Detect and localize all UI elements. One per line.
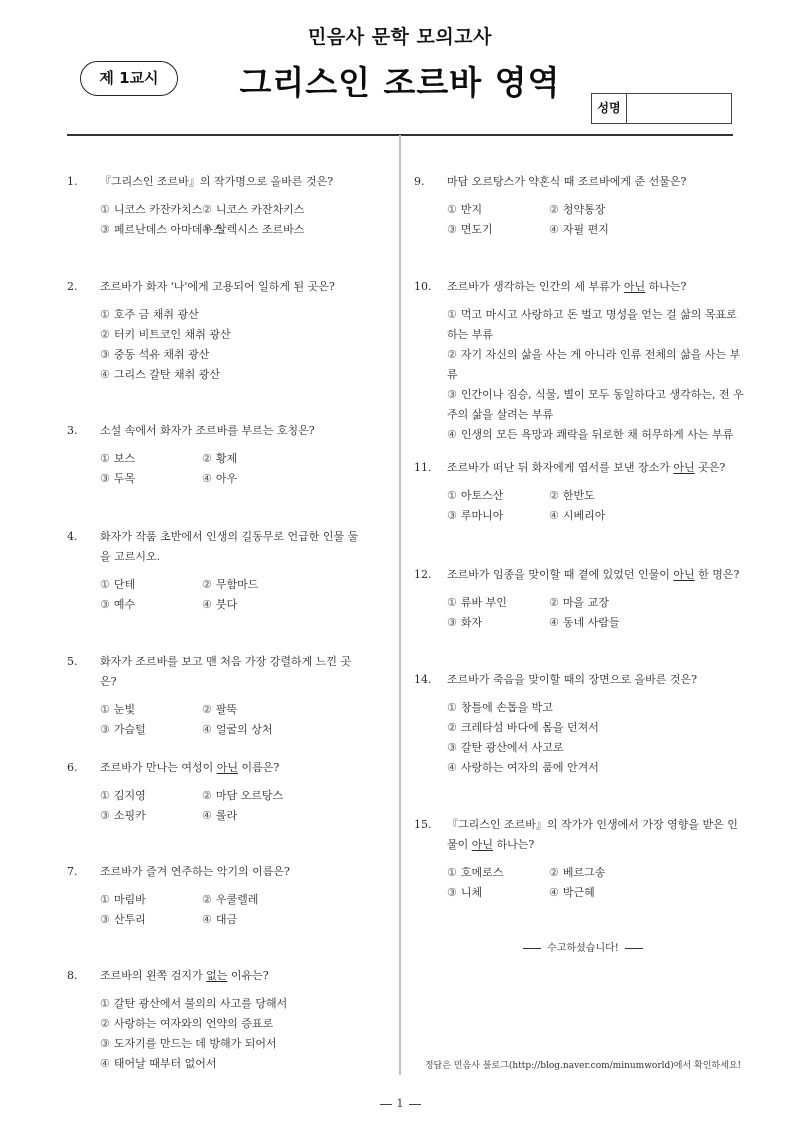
answer-option-4[interactable]: ④붓다 — [202, 595, 367, 615]
stem-text: 조르바가 임종을 맞이할 때 곁에 있었던 인물이 — [447, 568, 673, 581]
option-number-icon: ④ — [549, 886, 559, 899]
answer-option-4[interactable]: ④그리스 갈탄 채취 광산 — [100, 365, 367, 385]
answer-option-3[interactable]: ③니체 — [447, 883, 549, 903]
option-text: 면도기 — [461, 223, 493, 236]
option-text: 베르그송 — [563, 866, 606, 879]
option-text: 알렉시스 조르바스 — [216, 223, 305, 236]
closing-text: 수고하셨습니다! — [547, 943, 619, 954]
dash-right — [625, 948, 643, 949]
option-number-icon: ④ — [202, 472, 212, 485]
option-number-icon: ③ — [100, 348, 110, 361]
answer-options: ①마림바②우쿨렐레③산투리④대금 — [100, 890, 367, 930]
stem-text: 한 명은? — [695, 568, 740, 581]
stem-text: 조르바가 만나는 여성이 — [100, 761, 217, 774]
question-11: 11.조르바가 떠난 뒤 화자에게 엽서를 보낸 장소가 아닌 곳은?①아토스산… — [414, 458, 744, 526]
name-field[interactable] — [627, 94, 731, 123]
option-text: 사랑하는 여자의 품에 안겨서 — [461, 761, 599, 774]
answer-options: ①아토스산②한반도③루마니아④시베리아 — [447, 486, 744, 526]
option-text: 한반도 — [563, 489, 595, 502]
answer-options: ①호메로스②베르그송③니체④박근혜 — [447, 863, 744, 903]
question-stem: 화자가 작품 초반에서 인생의 길동무로 언급한 인물 둘을 고르시오. — [100, 527, 367, 567]
option-number-icon: ③ — [100, 223, 110, 236]
option-number-icon: ③ — [447, 509, 457, 522]
answer-option-4[interactable]: ④롤라 — [202, 806, 367, 826]
option-text: 니코스 카잔차키스 — [216, 203, 305, 216]
stem-text: 조르바가 화자 '나'에게 고용되어 일하게 된 곳은? — [100, 280, 335, 293]
option-number-icon: ② — [447, 721, 457, 734]
option-text: 가슴털 — [114, 723, 146, 736]
question-number: 6. — [67, 758, 95, 778]
question-number: 4. — [67, 527, 95, 547]
answer-option-3[interactable]: ③소핑카 — [100, 806, 202, 826]
question-number: 8. — [67, 966, 95, 986]
answer-options: ①단테②무함마드③예수④붓다 — [100, 575, 367, 615]
option-text: 보스 — [114, 452, 135, 465]
stem-text: 화자가 조르바를 보고 맨 처음 가장 강렬하게 느낀 곳은? — [100, 655, 351, 688]
emphasis-underline: 아닌 — [673, 568, 694, 581]
answer-options: ①보스②황제③두목④아우 — [100, 449, 367, 489]
answer-option-2[interactable]: ②크레타섬 바다에 몸을 던져서 — [447, 718, 744, 738]
option-number-icon: ① — [447, 489, 457, 502]
question-number: 11. — [414, 458, 442, 478]
answer-options: ①눈빛②팔뚝③가슴털④얼굴의 상처 — [100, 700, 367, 740]
answer-option-1[interactable]: ①아토스산 — [447, 486, 549, 506]
question-number: 2. — [67, 277, 95, 297]
question-stem: 조르바가 화자 '나'에게 고용되어 일하게 된 곳은? — [100, 277, 367, 297]
option-number-icon: ④ — [447, 761, 457, 774]
answer-option-1[interactable]: ①눈빛 — [100, 700, 202, 720]
option-number-icon: ① — [100, 578, 110, 591]
option-number-icon: ③ — [447, 741, 457, 754]
question-1: 1.『그리스인 조르바』의 작가명으로 올바른 것은?①니코스 카잔카치스②니코… — [67, 172, 367, 240]
dash-left — [523, 948, 541, 949]
answer-option-4[interactable]: ④태어날 때부터 없어서 — [100, 1054, 367, 1074]
option-text: 김지영 — [114, 789, 146, 802]
answer-option-1[interactable]: ①창틀에 손톱을 박고 — [447, 698, 744, 718]
option-number-icon: ② — [549, 203, 559, 216]
option-text: 인생의 모든 욕망과 쾌락을 뒤로한 채 허무하게 사는 부류 — [461, 428, 733, 441]
answer-option-2[interactable]: ②사랑하는 여자와의 언약의 증표로 — [100, 1014, 367, 1034]
option-text: 두목 — [114, 472, 135, 485]
option-text: 산투리 — [114, 913, 146, 926]
question-stem: 조르바가 떠난 뒤 화자에게 엽서를 보낸 장소가 아닌 곳은? — [447, 458, 744, 478]
answer-options: ①반지②청약통장③면도기④자필 편지 — [447, 200, 744, 240]
question-stem: 조르바가 만나는 여성이 아닌 이름은? — [100, 758, 367, 778]
answer-option-1[interactable]: ①단테 — [100, 575, 202, 595]
option-text: 태어날 때부터 없어서 — [114, 1057, 217, 1070]
answer-options: ①류바 부인②마을 교장③화자④동네 사람들 — [447, 593, 744, 633]
question-13: 14.조르바가 죽음을 맞이할 때의 장면으로 올바른 것은?①창틀에 손톱을 … — [414, 670, 744, 778]
stem-text: 조르바가 죽음을 맞이할 때의 장면으로 올바른 것은? — [447, 673, 697, 686]
option-text: 대금 — [216, 913, 237, 926]
question-stem: 조르바의 왼쪽 검지가 없는 이유는? — [100, 966, 367, 986]
option-number-icon: ④ — [549, 509, 559, 522]
question-number: 5. — [67, 652, 95, 672]
option-number-icon: ④ — [447, 428, 457, 441]
option-number-icon: ② — [202, 789, 212, 802]
option-number-icon: ② — [549, 596, 559, 609]
option-text: 창틀에 손톱을 박고 — [461, 701, 553, 714]
option-number-icon: ④ — [202, 913, 212, 926]
stem-text: 소설 속에서 화자가 조르바를 부르는 호칭은? — [100, 424, 315, 437]
option-text: 무함마드 — [216, 578, 259, 591]
option-number-icon: ④ — [549, 616, 559, 629]
option-number-icon: ③ — [100, 598, 110, 611]
option-number-icon: ③ — [100, 809, 110, 822]
question-12: 12.조르바가 임종을 맞이할 때 곁에 있었던 인물이 아닌 한 명은?①류바… — [414, 565, 744, 633]
option-number-icon: ② — [549, 866, 559, 879]
option-text: 마을 교장 — [563, 596, 609, 609]
answer-option-3[interactable]: ③면도기 — [447, 220, 549, 240]
option-number-icon: ③ — [447, 223, 457, 236]
question-stem: 조르바가 즐겨 연주하는 악기의 이름은? — [100, 862, 367, 882]
dash-left — [380, 1104, 392, 1105]
question-number: 7. — [67, 862, 95, 882]
answer-options: ①갈탄 광산에서 불의의 사고를 당해서②사랑하는 여자와의 언약의 증표로③도… — [100, 994, 367, 1074]
answer-option-4[interactable]: ④박근혜 — [549, 883, 744, 903]
option-text: 팔뚝 — [216, 703, 237, 716]
answer-option-2[interactable]: ②마담 오르탕스 — [202, 786, 367, 806]
option-text: 호메로스 — [461, 866, 504, 879]
option-number-icon: ① — [100, 997, 110, 1010]
option-text: 황제 — [216, 452, 237, 465]
answer-option-3[interactable]: ③화자 — [447, 613, 549, 633]
answer-options: ①호주 금 채취 광산②터키 비트코인 채취 광산③중동 석유 채취 광산④그리… — [100, 305, 367, 385]
answer-option-2[interactable]: ②우쿨렐레 — [202, 890, 367, 910]
column-divider — [399, 135, 401, 1075]
answer-option-4[interactable]: ④시베리아 — [549, 506, 744, 526]
emphasis-underline: 없는 — [206, 969, 227, 982]
option-text: 붓다 — [216, 598, 237, 611]
answer-options: ①김지영②마담 오르탕스③소핑카④롤라 — [100, 786, 367, 826]
option-text: 롤라 — [216, 809, 237, 822]
question-4: 4.화자가 작품 초반에서 인생의 길동무로 언급한 인물 둘을 고르시오.①단… — [67, 527, 367, 615]
question-number: 10. — [414, 277, 442, 297]
answer-option-1[interactable]: ①니코스 카잔카치스 — [100, 200, 202, 220]
option-text: 시베리아 — [563, 509, 606, 522]
option-text: 청약통장 — [563, 203, 606, 216]
option-number-icon: ④ — [202, 598, 212, 611]
option-number-icon: ① — [100, 789, 110, 802]
answer-option-1[interactable]: ①반지 — [447, 200, 549, 220]
option-text: 동네 사람들 — [563, 616, 620, 629]
option-text: 마림바 — [114, 893, 146, 906]
answer-option-2[interactable]: ②무함마드 — [202, 575, 367, 595]
answer-option-3[interactable]: ③가슴털 — [100, 720, 202, 740]
option-text: 호주 금 채취 광산 — [114, 308, 199, 321]
answer-option-1[interactable]: ①먹고 마시고 사랑하고 돈 벌고 명성을 얻는 걸 삶의 목표로 하는 부류 — [447, 305, 744, 345]
option-number-icon: ① — [447, 701, 457, 714]
answer-options: ①니코스 카잔카치스②니코스 카잔차키스③페르난데스 아마데우스④알렉시스 조르… — [100, 200, 367, 240]
answer-option-1[interactable]: ①류바 부인 — [447, 593, 549, 613]
option-number-icon: ① — [100, 452, 110, 465]
option-text: 우쿨렐레 — [216, 893, 259, 906]
option-text: 단테 — [114, 578, 135, 591]
option-number-icon: ② — [447, 348, 457, 361]
option-number-icon: ④ — [100, 368, 110, 381]
stem-text: 곳은? — [695, 461, 726, 474]
answer-option-3[interactable]: ③중동 석유 채취 광산 — [100, 345, 367, 365]
option-text: 루마니아 — [461, 509, 504, 522]
emphasis-underline: 아닌 — [472, 838, 493, 851]
question-5: 5.화자가 조르바를 보고 맨 처음 가장 강렬하게 느낀 곳은?①눈빛②팔뚝③… — [67, 652, 367, 740]
option-text: 자기 자신의 삶을 사는 게 아니라 인류 전체의 삶을 사는 부류 — [447, 348, 740, 381]
answer-option-1[interactable]: ①마림바 — [100, 890, 202, 910]
option-number-icon: ② — [202, 203, 212, 216]
dash-right — [409, 1104, 421, 1105]
answer-option-2[interactable]: ②황제 — [202, 449, 367, 469]
stem-text: 하나는? — [493, 838, 534, 851]
question-stem: 『그리스인 조르바』의 작가가 인생에서 가장 영향을 받은 인물이 아닌 하나… — [447, 815, 744, 855]
option-text: 터키 비트코인 채취 광산 — [114, 328, 231, 341]
option-number-icon: ④ — [202, 809, 212, 822]
answer-option-4[interactable]: ④대금 — [202, 910, 367, 930]
option-number-icon: ③ — [100, 913, 110, 926]
stem-text: 조르바가 떠난 뒤 화자에게 엽서를 보낸 장소가 — [447, 461, 673, 474]
question-3: 3.소설 속에서 화자가 조르바를 부르는 호칭은?①보스②황제③두목④아우 — [67, 421, 367, 489]
question-7: 7.조르바가 즐겨 연주하는 악기의 이름은?①마림바②우쿨렐레③산투리④대금 — [67, 862, 367, 930]
option-number-icon: ② — [202, 578, 212, 591]
option-number-icon: ① — [447, 308, 457, 321]
answer-option-2[interactable]: ②터키 비트코인 채취 광산 — [100, 325, 367, 345]
answer-option-4[interactable]: ④인생의 모든 욕망과 쾌락을 뒤로한 채 허무하게 사는 부류 — [447, 425, 744, 445]
option-number-icon: ④ — [202, 723, 212, 736]
option-text: 도자기를 만드는 데 방해가 되어서 — [114, 1037, 277, 1050]
answer-option-3[interactable]: ③인간이나 짐승, 식물, 별이 모두 동일하다고 생각하는, 전 우주의 삶을… — [447, 385, 744, 425]
answer-note: 정답은 민음사 블로그(http://blog.naver.com/minumw… — [400, 1058, 766, 1071]
name-label: 성명 — [592, 94, 627, 123]
option-text: 중동 석유 채취 광산 — [114, 348, 210, 361]
option-text: 눈빛 — [114, 703, 135, 716]
answer-option-2[interactable]: ②베르그송 — [549, 863, 744, 883]
option-text: 박근혜 — [563, 886, 595, 899]
option-number-icon: ① — [447, 866, 457, 879]
option-text: 갈탄 광산에서 사고로 — [461, 741, 564, 754]
answer-option-3[interactable]: ③도자기를 만드는 데 방해가 되어서 — [100, 1034, 367, 1054]
answer-option-1[interactable]: ①호메로스 — [447, 863, 549, 883]
option-text: 그리스 갈탄 채취 광산 — [114, 368, 220, 381]
option-text: 소핑카 — [114, 809, 146, 822]
question-stem: 조르바가 죽음을 맞이할 때의 장면으로 올바른 것은? — [447, 670, 744, 690]
option-text: 니코스 카잔카치스 — [114, 203, 203, 216]
option-text: 크레타섬 바다에 몸을 던져서 — [461, 721, 599, 734]
question-number: 3. — [67, 421, 95, 441]
stem-text: 『그리스인 조르바』의 작가명으로 올바른 것은? — [100, 175, 333, 188]
stem-text: 이름은? — [238, 761, 279, 774]
question-10: 10.조르바가 생각하는 인간의 세 부류가 아닌 하나는?①먹고 마시고 사랑… — [414, 277, 744, 445]
question-8: 8.조르바의 왼쪽 검지가 없는 이유는?①갈탄 광산에서 불의의 사고를 당해… — [67, 966, 367, 1074]
question-stem: 마담 오르탕스가 약혼식 때 조르바에게 준 선물은? — [447, 172, 744, 192]
emphasis-underline: 아닌 — [673, 461, 694, 474]
exam-subtitle: 민음사 문학 모의고사 — [0, 22, 800, 49]
answer-option-4[interactable]: ④자필 편지 — [549, 220, 744, 240]
answer-option-1[interactable]: ①김지영 — [100, 786, 202, 806]
question-number: 14. — [414, 670, 442, 690]
answer-option-3[interactable]: ③두목 — [100, 469, 202, 489]
answer-option-1[interactable]: ①보스 — [100, 449, 202, 469]
option-text: 인간이나 짐승, 식물, 별이 모두 동일하다고 생각하는, 전 우주의 삶을 … — [447, 388, 744, 421]
question-9: 9.마담 오르탕스가 약혼식 때 조르바에게 준 선물은?①반지②청약통장③면도… — [414, 172, 744, 240]
answer-option-3[interactable]: ③루마니아 — [447, 506, 549, 526]
option-number-icon: ④ — [202, 223, 212, 236]
option-text: 먹고 마시고 사랑하고 돈 벌고 명성을 얻는 걸 삶의 목표로 하는 부류 — [447, 308, 737, 341]
question-stem: 조르바가 임종을 맞이할 때 곁에 있었던 인물이 아닌 한 명은? — [447, 565, 744, 585]
stem-text: 조르바가 생각하는 인간의 세 부류가 — [447, 280, 624, 293]
option-number-icon: ③ — [447, 886, 457, 899]
stem-text: 조르바가 즐겨 연주하는 악기의 이름은? — [100, 865, 290, 878]
name-box: 성명 — [591, 93, 732, 124]
option-number-icon: ① — [100, 203, 110, 216]
answer-option-2[interactable]: ②청약통장 — [549, 200, 744, 220]
page-number-text: 1 — [397, 1097, 404, 1110]
question-number: 1. — [67, 172, 95, 192]
stem-text: 화자가 작품 초반에서 인생의 길동무로 언급한 인물 둘을 고르시오. — [100, 530, 358, 563]
question-stem: 조르바가 생각하는 인간의 세 부류가 아닌 하나는? — [447, 277, 744, 297]
option-text: 아토스산 — [461, 489, 504, 502]
option-number-icon: ② — [100, 1017, 110, 1030]
option-number-icon: ① — [100, 308, 110, 321]
option-number-icon: ③ — [447, 388, 457, 401]
option-number-icon: ② — [100, 328, 110, 341]
option-text: 화자 — [461, 616, 482, 629]
question-number: 9. — [414, 172, 442, 192]
question-6: 6.조르바가 만나는 여성이 아닌 이름은?①김지영②마담 오르탕스③소핑카④롤… — [67, 758, 367, 826]
option-number-icon: ① — [100, 893, 110, 906]
question-2: 2.조르바가 화자 '나'에게 고용되어 일하게 된 곳은?①호주 금 채취 광… — [67, 277, 367, 385]
option-number-icon: ③ — [100, 723, 110, 736]
answer-option-2[interactable]: ②한반도 — [549, 486, 744, 506]
option-number-icon: ③ — [100, 472, 110, 485]
stem-text: 조르바의 왼쪽 검지가 — [100, 969, 206, 982]
question-number: 12. — [414, 565, 442, 585]
closing-message: 수고하셨습니다! — [400, 939, 766, 954]
emphasis-underline: 아닌 — [624, 280, 645, 293]
option-number-icon: ② — [549, 489, 559, 502]
question-14: 15.『그리스인 조르바』의 작가가 인생에서 가장 영향을 받은 인물이 아닌… — [414, 815, 744, 903]
option-text: 갈탄 광산에서 불의의 사고를 당해서 — [114, 997, 287, 1010]
option-number-icon: ① — [447, 203, 457, 216]
option-number-icon: ① — [100, 703, 110, 716]
question-stem: 소설 속에서 화자가 조르바를 부르는 호칭은? — [100, 421, 367, 441]
option-text: 니체 — [461, 886, 482, 899]
question-number: 15. — [414, 815, 442, 835]
option-number-icon: ② — [202, 703, 212, 716]
option-text: 자필 편지 — [563, 223, 609, 236]
option-number-icon: ① — [447, 596, 457, 609]
option-text: 사랑하는 여자와의 언약의 증표로 — [114, 1017, 273, 1030]
answer-option-4[interactable]: ④사랑하는 여자의 품에 안겨서 — [447, 758, 744, 778]
option-number-icon: ④ — [100, 1057, 110, 1070]
answer-options: ①먹고 마시고 사랑하고 돈 벌고 명성을 얻는 걸 삶의 목표로 하는 부류②… — [447, 305, 744, 445]
answer-option-4[interactable]: ④알렉시스 조르바스 — [202, 220, 367, 240]
option-text: 반지 — [461, 203, 482, 216]
answer-option-3[interactable]: ③페르난데스 아마데우스 — [100, 220, 202, 240]
option-number-icon: ④ — [549, 223, 559, 236]
option-number-icon: ③ — [447, 616, 457, 629]
answer-option-3[interactable]: ③갈탄 광산에서 사고로 — [447, 738, 744, 758]
answer-option-4[interactable]: ④동네 사람들 — [549, 613, 744, 633]
option-text: 류바 부인 — [461, 596, 507, 609]
question-stem: 『그리스인 조르바』의 작가명으로 올바른 것은? — [100, 172, 367, 192]
option-text: 예수 — [114, 598, 135, 611]
answer-option-2[interactable]: ②팔뚝 — [202, 700, 367, 720]
answer-option-2[interactable]: ②니코스 카잔차키스 — [202, 200, 367, 220]
option-text: 아우 — [216, 472, 237, 485]
answer-option-3[interactable]: ③산투리 — [100, 910, 202, 930]
answer-option-4[interactable]: ④아우 — [202, 469, 367, 489]
stem-text: 마담 오르탕스가 약혼식 때 조르바에게 준 선물은? — [447, 175, 686, 188]
answer-option-2[interactable]: ②마을 교장 — [549, 593, 744, 613]
emphasis-underline: 아닌 — [217, 761, 238, 774]
option-text: 마담 오르탕스 — [216, 789, 283, 802]
answer-options: ①창틀에 손톱을 박고②크레타섬 바다에 몸을 던져서③갈탄 광산에서 사고로④… — [447, 698, 744, 778]
option-number-icon: ② — [202, 893, 212, 906]
answer-option-3[interactable]: ③예수 — [100, 595, 202, 615]
stem-text: 하나는? — [645, 280, 686, 293]
answer-option-1[interactable]: ①호주 금 채취 광산 — [100, 305, 367, 325]
option-number-icon: ② — [202, 452, 212, 465]
question-stem: 화자가 조르바를 보고 맨 처음 가장 강렬하게 느낀 곳은? — [100, 652, 367, 692]
option-text: 얼굴의 상처 — [216, 723, 273, 736]
answer-option-2[interactable]: ②자기 자신의 삶을 사는 게 아니라 인류 전체의 삶을 사는 부류 — [447, 345, 744, 385]
answer-option-4[interactable]: ④얼굴의 상처 — [202, 720, 367, 740]
option-number-icon: ③ — [100, 1037, 110, 1050]
page-number: 1 — [0, 1097, 800, 1110]
answer-option-1[interactable]: ①갈탄 광산에서 불의의 사고를 당해서 — [100, 994, 367, 1014]
stem-text: 이유는? — [227, 969, 268, 982]
